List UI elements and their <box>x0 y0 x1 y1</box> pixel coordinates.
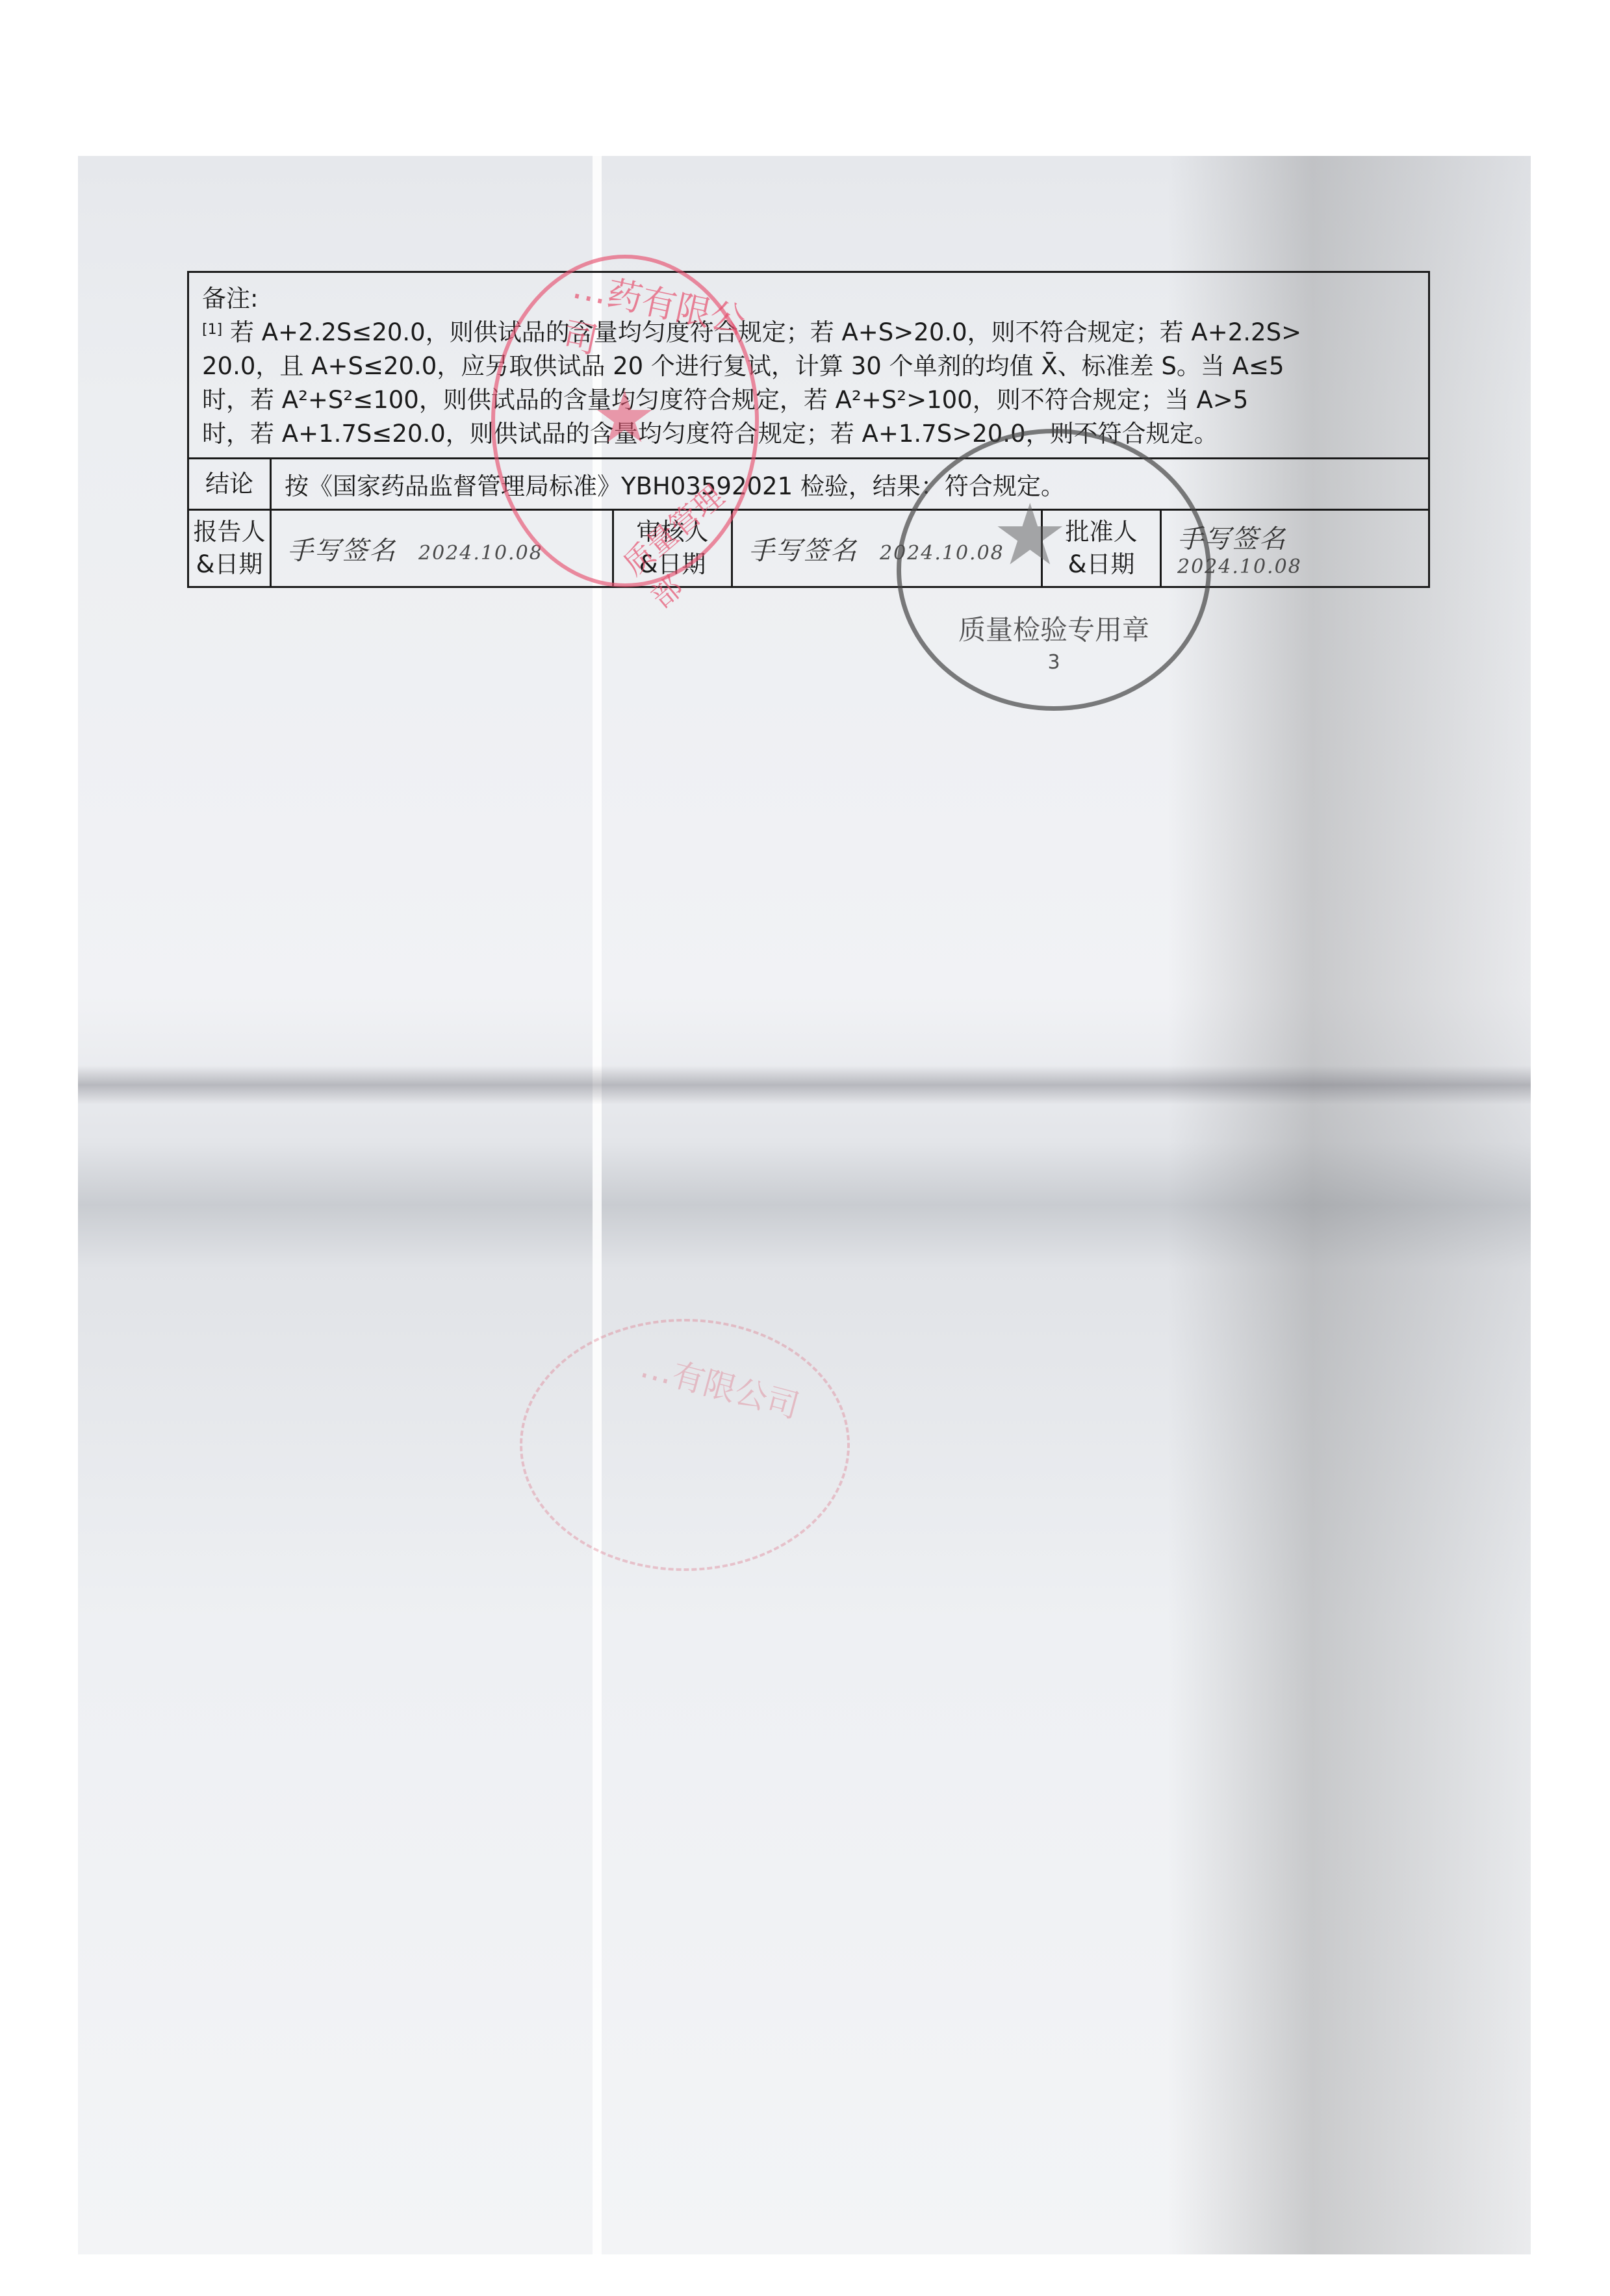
reporter-signature-name: 手写签名 <box>287 536 396 566</box>
conclusion-row: 结论 按《国家药品监督管理局标准》YBH03592021 检验，结果：符合规定。 <box>188 459 1429 510</box>
star-icon: ★ <box>593 376 657 459</box>
red-company-stamp: …药有限公司 ★ 质量管理部 <box>491 255 759 587</box>
remarks-cell: 备注: [1] 若 A+2.2S≤20.0，则供试品的含量均匀度符合规定；若 A… <box>188 272 1429 459</box>
footnote-marker: [1] <box>202 322 222 338</box>
remarks-line: 时，若 A²+S²≤100，则供试品的含量均匀度符合规定，若 A²+S²>100… <box>202 383 1415 417</box>
conclusion-text: 按《国家药品监督管理局标准》YBH03592021 检验，结果：符合规定。 <box>271 459 1429 510</box>
reviewer-signature-name: 手写签名 <box>748 536 858 566</box>
star-icon: ★ <box>992 485 1068 584</box>
signature-row: 报告人 &日期 手写签名2024.10.08 审核人 &日期 手写签名2024.… <box>188 510 1429 587</box>
remarks-row: 备注: [1] 若 A+2.2S≤20.0，则供试品的含量均匀度符合规定；若 A… <box>188 272 1429 459</box>
horizontal-fold-crease <box>78 1065 1531 1104</box>
reporter-date: 2024.10.08 <box>418 542 543 565</box>
faded-stamp-bleedthrough: …有限公司 <box>520 1319 850 1571</box>
quality-inspection-stamp: ★ 质量检验专用章 3 <box>897 429 1211 711</box>
grey-stamp-serial: 3 <box>901 651 1207 674</box>
reporter-label: 报告人 &日期 <box>188 510 271 587</box>
faded-stamp-text: …有限公司 <box>636 1340 805 1427</box>
remarks-line: 时，若 A+1.7S≤20.0，则供试品的含量均匀度符合规定；若 A+1.7S>… <box>202 417 1415 451</box>
conclusion-label: 结论 <box>188 459 271 510</box>
remarks-line: 20.0，且 A+S≤20.0，应另取供试品 20 个进行复试，计算 30 个单… <box>202 350 1415 383</box>
grey-stamp-text: 质量检验专用章 <box>901 609 1207 648</box>
report-table: 备注: [1] 若 A+2.2S≤20.0，则供试品的含量均匀度符合规定；若 A… <box>187 271 1430 588</box>
remarks-title: 备注: <box>202 282 1415 316</box>
remarks-line: [1] 若 A+2.2S≤20.0，则供试品的含量均匀度符合规定；若 A+S>2… <box>202 316 1415 350</box>
